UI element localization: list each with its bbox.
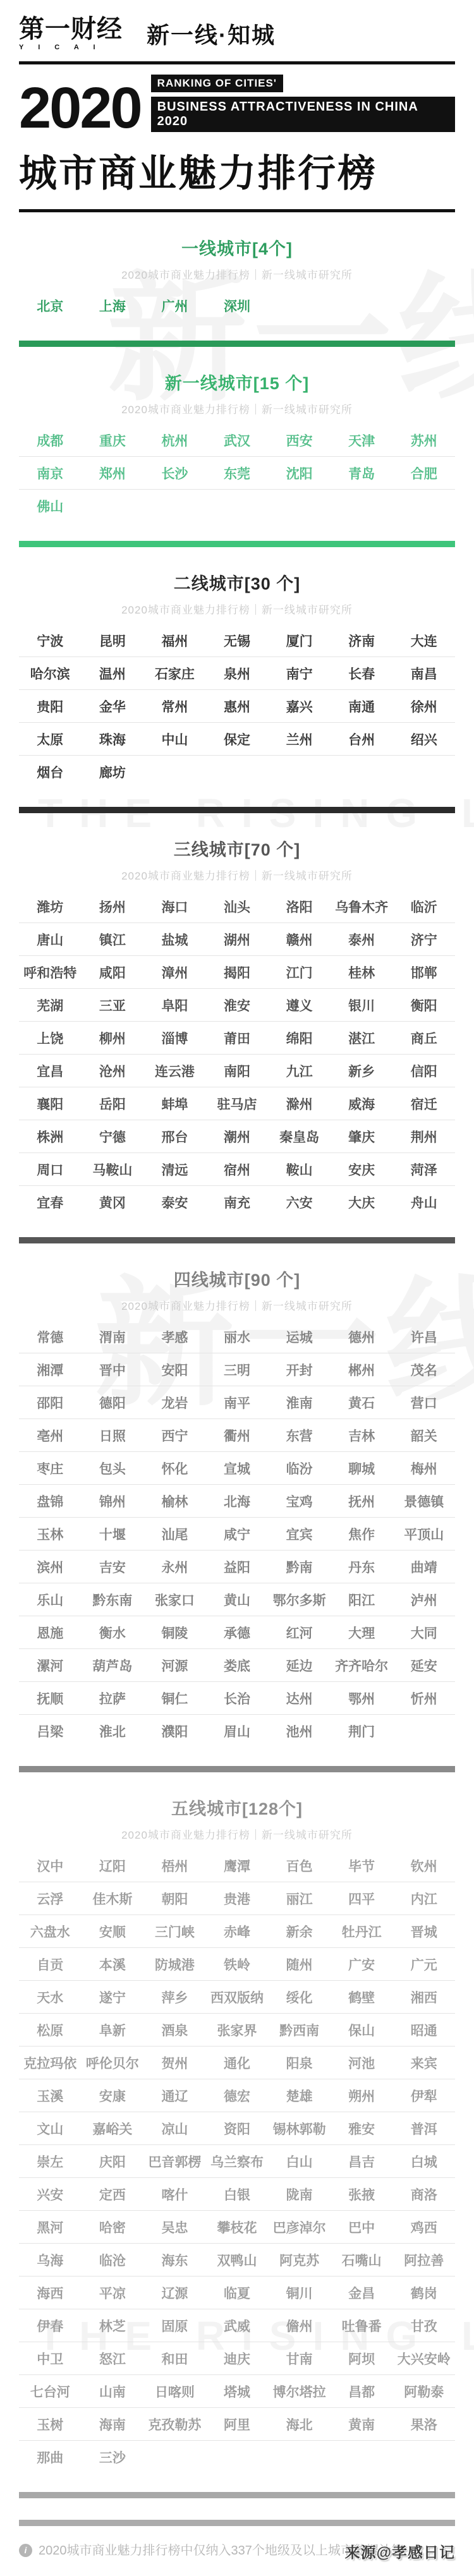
city-item: 遂宁 <box>82 1988 144 2007</box>
city-item: 肇庆 <box>331 1127 393 1146</box>
footer-divider <box>19 2520 455 2526</box>
city-item: 黔南 <box>268 1557 331 1576</box>
city-item: 珠海 <box>82 730 144 749</box>
city-item: 镇江 <box>82 930 144 949</box>
tier-subtitle: 2020城市商业魅力排行榜｜新一线城市研究所 <box>19 867 455 883</box>
city-row: 抚顺拉萨铜仁长治达州鄂州忻州 <box>19 1681 455 1714</box>
city-item: 保山 <box>331 2021 393 2040</box>
city-item: 昆明 <box>82 631 144 650</box>
city-item: 昌吉 <box>331 2152 393 2171</box>
city-item: 衢州 <box>206 1426 269 1445</box>
city-item: 云浮 <box>19 1889 82 1908</box>
city-item: 梧州 <box>143 1856 206 1875</box>
city-item: 凉山 <box>143 2119 206 2138</box>
city-item: 鸡西 <box>392 2218 455 2237</box>
tier-section-new-tier1: 新一线城市[15 个]2020城市商业魅力排行榜｜新一线城市研究所成都重庆杭州武… <box>19 370 455 547</box>
badge-ranking: RANKING OF CITIES' <box>151 75 283 92</box>
city-row: 云浮佳木斯朝阳贵港丽江四平内江 <box>19 1882 455 1914</box>
city-row: 乌海临沧海东双鸭山阿克苏石嘴山阿拉善 <box>19 2243 455 2276</box>
city-item: 恩施 <box>19 1623 82 1642</box>
city-row: 株洲宁德邢台潮州秦皇岛肇庆荆州 <box>19 1120 455 1152</box>
city-item: 贵阳 <box>19 697 82 716</box>
city-item: 沈阳 <box>268 464 331 483</box>
poster-header: 第一财经 Y I C A I 新一线·知城 2020 RANKING OF CI… <box>19 0 455 212</box>
city-item: 开封 <box>268 1360 331 1379</box>
city-row: 文山嘉峪关凉山资阳锡林郭勒雅安普洱 <box>19 2112 455 2144</box>
city-item: 宜春 <box>19 1193 82 1212</box>
city-item: 焦作 <box>331 1525 393 1544</box>
city-item: 吴忠 <box>143 2218 206 2237</box>
city-item: 甘南 <box>268 2349 331 2368</box>
city-item: 张掖 <box>331 2185 393 2204</box>
city-item: 贺州 <box>143 2053 206 2072</box>
page-title: 城市商业魅力排行榜 <box>19 143 455 198</box>
city-item: 宜昌 <box>19 1061 82 1080</box>
city-item: 呼伦贝尔 <box>82 2053 144 2072</box>
city-row: 玉树海南克孜勒苏阿里海北黄南果洛 <box>19 2407 455 2440</box>
city-item: 东莞 <box>206 464 269 483</box>
city-item: 桂林 <box>331 963 393 982</box>
city-item: 百色 <box>268 1856 331 1875</box>
city-item: 景德镇 <box>392 1492 455 1511</box>
city-item: 通化 <box>206 2053 269 2072</box>
city-item: 蚌埠 <box>143 1094 206 1113</box>
city-item: 三亚 <box>82 996 144 1015</box>
city-item: 延安 <box>392 1656 455 1675</box>
city-row: 烟台廊坊 <box>19 755 455 788</box>
city-item: 商丘 <box>392 1029 455 1048</box>
city-item: 烟台 <box>19 763 82 782</box>
city-row: 佛山 <box>19 489 455 522</box>
city-item: 阿里 <box>206 2415 269 2434</box>
city-item: 鄂州 <box>331 1689 393 1708</box>
city-item: 鞍山 <box>268 1160 331 1179</box>
city-item: 江门 <box>268 963 331 982</box>
city-item: 阜新 <box>82 2021 144 2040</box>
city-item: 喀什 <box>143 2185 206 2204</box>
city-row: 松原阜新酒泉张家界黔西南保山昭通 <box>19 2013 455 2046</box>
city-item: 白山 <box>268 2152 331 2171</box>
city-item: 定西 <box>82 2185 144 2204</box>
city-item: 长沙 <box>143 464 206 483</box>
city-item: 鹤岗 <box>392 2283 455 2302</box>
city-item: 西双版纳 <box>206 1988 269 2007</box>
poster-page: 新一线 THE RISING LAB 新一线 THE RISING LAB 第一… <box>0 0 474 2576</box>
city-grid: 汉中辽阳梧州鹰潭百色毕节钦州云浮佳木斯朝阳贵港丽江四平内江六盘水安顺三门峡赤峰新… <box>19 1849 455 2473</box>
poster-footer: i 2020城市商业魅力排行榜中仅纳入337个地级及以上城市数据计算 来源@孝感… <box>19 2520 455 2576</box>
city-item: 七台河 <box>19 2382 82 2401</box>
city-item: 西宁 <box>143 1426 206 1445</box>
city-item: 延边 <box>268 1656 331 1675</box>
city-item: 秦皇岛 <box>268 1127 331 1146</box>
city-item: 呼和浩特 <box>19 963 82 982</box>
tier-divider <box>19 541 455 547</box>
tier-heading-tier3: 三线城市[70 个] <box>19 836 455 861</box>
city-item: 六盘水 <box>19 1922 82 1941</box>
city-item: 铜川 <box>268 2283 331 2302</box>
city-item: 池州 <box>268 1722 331 1741</box>
zhicheng-logo: 新一线·知城 <box>147 18 276 50</box>
city-item: 鹰潭 <box>206 1856 269 1875</box>
city-item: 太原 <box>19 730 82 749</box>
city-item: 临汾 <box>268 1459 331 1478</box>
year-row: 2020 RANKING OF CITIES' BUSINESS ATTRACT… <box>19 75 455 135</box>
city-item: 重庆 <box>82 431 144 450</box>
city-item: 石嘴山 <box>331 2251 393 2270</box>
city-item: 唐山 <box>19 930 82 949</box>
city-item: 廊坊 <box>82 763 144 782</box>
city-item: 九江 <box>268 1061 331 1080</box>
city-item: 济宁 <box>392 930 455 949</box>
city-item: 抚顺 <box>19 1689 82 1708</box>
city-row: 常德渭南孝感丽水运城德州许昌 <box>19 1321 455 1353</box>
city-item: 运城 <box>268 1327 331 1346</box>
city-row: 吕梁淮北濮阳眉山池州荆门 <box>19 1714 455 1747</box>
city-item: 温州 <box>82 664 144 683</box>
city-item: 汕头 <box>206 897 269 916</box>
city-item: 丽江 <box>268 1889 331 1908</box>
city-item: 芜湖 <box>19 996 82 1015</box>
city-item: 南阳 <box>206 1061 269 1080</box>
city-item: 连云港 <box>143 1061 206 1080</box>
city-item: 惠州 <box>206 697 269 716</box>
city-item: 广元 <box>392 1955 455 1974</box>
city-item: 齐齐哈尔 <box>331 1656 393 1675</box>
tier-subtitle: 2020城市商业魅力排行榜｜新一线城市研究所 <box>19 266 455 282</box>
city-item: 阿克苏 <box>268 2251 331 2270</box>
city-item: 玉树 <box>19 2415 82 2434</box>
city-item: 许昌 <box>392 1327 455 1346</box>
title-divider <box>19 209 455 212</box>
city-item: 石家庄 <box>143 664 206 683</box>
city-item: 佛山 <box>19 497 82 516</box>
city-item: 衡阳 <box>392 996 455 1015</box>
city-item: 林芝 <box>82 2316 144 2335</box>
city-item: 临沧 <box>82 2251 144 2270</box>
city-item: 安顺 <box>82 1922 144 1941</box>
city-item: 湘西 <box>392 1988 455 2007</box>
city-item: 金华 <box>82 697 144 716</box>
city-item: 绥化 <box>268 1988 331 2007</box>
city-item: 张家界 <box>206 2021 269 2040</box>
city-item: 洛阳 <box>268 897 331 916</box>
city-item: 上海 <box>82 296 144 315</box>
city-item: 德宏 <box>206 2086 269 2105</box>
city-item: 马鞍山 <box>82 1160 144 1179</box>
city-item: 杭州 <box>143 431 206 450</box>
city-item: 晋中 <box>82 1360 144 1379</box>
city-item: 乌海 <box>19 2251 82 2270</box>
city-grid: 常德渭南孝感丽水运城德州许昌湘潭晋中安阳三明开封郴州茂名邵阳德阳龙岩南平淮南黄石… <box>19 1321 455 1747</box>
city-row: 玉林十堰汕尾咸宁宜宾焦作平顶山 <box>19 1517 455 1550</box>
city-item: 玉林 <box>19 1525 82 1544</box>
city-item: 菏泽 <box>392 1160 455 1179</box>
city-item: 眉山 <box>206 1722 269 1741</box>
header-divider <box>19 61 455 64</box>
city-row: 盘锦锦州榆林北海宝鸡抚州景德镇 <box>19 1484 455 1517</box>
city-item: 大兴安岭 <box>392 2349 455 2368</box>
city-grid: 成都重庆杭州武汉西安天津苏州南京郑州长沙东莞沈阳青岛合肥佛山 <box>19 424 455 522</box>
city-item: 绵阳 <box>268 1029 331 1048</box>
city-item: 攀枝花 <box>206 2218 269 2237</box>
tier-section-tier5: 五线城市[128个]2020城市商业魅力排行榜｜新一线城市研究所汉中辽阳梧州鹰潭… <box>19 1795 455 2498</box>
city-item: 盘锦 <box>19 1492 82 1511</box>
tier-heading-new-tier1: 新一线城市[15 个] <box>19 370 455 394</box>
city-item: 金昌 <box>331 2283 393 2302</box>
city-item: 吕梁 <box>19 1722 82 1741</box>
city-item: 六安 <box>268 1193 331 1212</box>
city-row: 周口马鞍山清远宿州鞍山安庆菏泽 <box>19 1152 455 1185</box>
tier-divider <box>19 807 455 813</box>
city-row: 宜春黄冈泰安南充六安大庆舟山 <box>19 1185 455 1218</box>
city-item: 海口 <box>143 897 206 916</box>
city-item: 宿州 <box>206 1160 269 1179</box>
city-item: 宿迁 <box>392 1094 455 1113</box>
city-item: 和田 <box>143 2349 206 2368</box>
city-item: 松原 <box>19 2021 82 2040</box>
city-item: 忻州 <box>392 1689 455 1708</box>
city-item: 无锡 <box>206 631 269 650</box>
city-row: 成都重庆杭州武汉西安天津苏州 <box>19 424 455 456</box>
tier-section-tier4: 四线城市[90 个]2020城市商业魅力排行榜｜新一线城市研究所常德渭南孝感丽水… <box>19 1266 455 1772</box>
city-item: 鹤壁 <box>331 1988 393 2007</box>
city-item: 防城港 <box>143 1955 206 1974</box>
city-item: 新余 <box>268 1922 331 1941</box>
city-item: 朝阳 <box>143 1889 206 1908</box>
city-item: 襄阳 <box>19 1094 82 1113</box>
info-icon: i <box>19 2544 32 2557</box>
city-row: 伊春林芝固原武威儋州吐鲁番甘孜 <box>19 2309 455 2342</box>
city-item: 茂名 <box>392 1360 455 1379</box>
city-row: 北京上海广州深圳 <box>19 289 455 322</box>
city-item: 锦州 <box>82 1492 144 1511</box>
city-item: 黑河 <box>19 2218 82 2237</box>
city-item: 濮阳 <box>143 1722 206 1741</box>
city-row: 潍坊扬州海口汕头洛阳乌鲁木齐临沂 <box>19 890 455 922</box>
city-item: 鄂尔多斯 <box>268 1590 331 1609</box>
city-item: 宝鸡 <box>268 1492 331 1511</box>
city-item: 信阳 <box>392 1061 455 1080</box>
city-item: 泰州 <box>331 930 393 949</box>
city-item: 大连 <box>392 631 455 650</box>
city-item: 通辽 <box>143 2086 206 2105</box>
city-item: 汉中 <box>19 1856 82 1875</box>
city-item: 雅安 <box>331 2119 393 2138</box>
city-item: 来宾 <box>392 2053 455 2072</box>
city-item: 漳州 <box>143 963 206 982</box>
city-item: 阿勒泰 <box>392 2382 455 2401</box>
city-row: 哈尔滨温州石家庄泉州南宁长春南昌 <box>19 656 455 689</box>
city-item: 儋州 <box>268 2316 331 2335</box>
city-item: 乌兰察布 <box>206 2152 269 2171</box>
tier-heading-tier2: 二线城市[30 个] <box>19 570 455 595</box>
city-item: 宣城 <box>206 1459 269 1478</box>
city-item: 黄南 <box>331 2415 393 2434</box>
city-item: 天水 <box>19 1988 82 2007</box>
city-item: 固原 <box>143 2316 206 2335</box>
city-item: 荆门 <box>331 1722 393 1741</box>
city-item: 南昌 <box>392 664 455 683</box>
city-item: 驻马店 <box>206 1094 269 1113</box>
city-item: 漯河 <box>19 1656 82 1675</box>
city-item: 岳阳 <box>82 1094 144 1113</box>
city-item: 潮州 <box>206 1127 269 1146</box>
city-row: 七台河山南日喀则塔城博尔塔拉昌都阿勒泰 <box>19 2374 455 2407</box>
city-item: 合肥 <box>392 464 455 483</box>
city-item: 黔东南 <box>82 1590 144 1609</box>
city-item: 巴中 <box>331 2218 393 2237</box>
city-item: 辽源 <box>143 2283 206 2302</box>
city-row: 邵阳德阳龙岩南平淮南黄石营口 <box>19 1386 455 1418</box>
city-item: 南通 <box>331 697 393 716</box>
city-item: 包头 <box>82 1459 144 1478</box>
city-item: 深圳 <box>206 296 269 315</box>
city-row: 贵阳金华常州惠州嘉兴南通徐州 <box>19 689 455 722</box>
city-item: 钦州 <box>392 1856 455 1875</box>
city-item: 南京 <box>19 464 82 483</box>
city-item: 内江 <box>392 1889 455 1908</box>
city-item: 永州 <box>143 1557 206 1576</box>
city-row: 宜昌沧州连云港南阳九江新乡信阳 <box>19 1054 455 1087</box>
city-item: 周口 <box>19 1160 82 1179</box>
city-item: 丽水 <box>206 1327 269 1346</box>
tier-divider <box>19 1237 455 1243</box>
city-item: 白城 <box>392 2152 455 2171</box>
city-item: 南充 <box>206 1193 269 1212</box>
city-item: 哈尔滨 <box>19 664 82 683</box>
city-item: 吉安 <box>82 1557 144 1576</box>
city-item: 泰安 <box>143 1193 206 1212</box>
city-item: 益阳 <box>206 1557 269 1576</box>
city-item: 邵阳 <box>19 1393 82 1412</box>
city-item: 海西 <box>19 2283 82 2302</box>
city-item: 湛江 <box>331 1029 393 1048</box>
city-item: 吉林 <box>331 1426 393 1445</box>
city-item: 徐州 <box>392 697 455 716</box>
city-item: 清远 <box>143 1160 206 1179</box>
city-row: 南京郑州长沙东莞沈阳青岛合肥 <box>19 456 455 489</box>
city-item: 大理 <box>331 1623 393 1642</box>
city-row: 天水遂宁萍乡西双版纳绥化鹤壁湘西 <box>19 1980 455 2013</box>
city-row: 湘潭晋中安阳三明开封郴州茂名 <box>19 1353 455 1386</box>
city-item: 昭通 <box>392 2021 455 2040</box>
city-item: 曲靖 <box>392 1557 455 1576</box>
city-item: 常州 <box>143 697 206 716</box>
city-item: 遵义 <box>268 996 331 1015</box>
city-item: 淮安 <box>206 996 269 1015</box>
city-row: 中卫怒江和田迪庆甘南阿坝大兴安岭 <box>19 2342 455 2374</box>
badges: RANKING OF CITIES' BUSINESS ATTRACTIVENE… <box>151 75 455 135</box>
tier-list: 一线城市[4个]2020城市商业魅力排行榜｜新一线城市研究所北京上海广州深圳新一… <box>19 235 455 2498</box>
city-item: 湘潭 <box>19 1360 82 1379</box>
city-item: 克拉玛依 <box>19 2053 82 2072</box>
city-item: 滁州 <box>268 1094 331 1113</box>
city-item: 扬州 <box>82 897 144 916</box>
city-item: 泉州 <box>206 664 269 683</box>
city-item: 阜阳 <box>143 996 206 1015</box>
city-item: 嘉峪关 <box>82 2119 144 2138</box>
city-row: 黑河哈密吴忠攀枝花巴彦淖尔巴中鸡西 <box>19 2210 455 2243</box>
city-item: 辽阳 <box>82 1856 144 1875</box>
city-item: 孝感 <box>143 1327 206 1346</box>
city-item: 四平 <box>331 1889 393 1908</box>
city-item: 崇左 <box>19 2152 82 2171</box>
city-row: 六盘水安顺三门峡赤峰新余牡丹江晋城 <box>19 1914 455 1947</box>
tier-subtitle: 2020城市商业魅力排行榜｜新一线城市研究所 <box>19 401 455 416</box>
city-item: 德阳 <box>82 1393 144 1412</box>
city-item: 双鸭山 <box>206 2251 269 2270</box>
city-item: 淄博 <box>143 1029 206 1048</box>
city-item: 玉溪 <box>19 2086 82 2105</box>
city-item: 普洱 <box>392 2119 455 2138</box>
city-item: 张家口 <box>143 1590 206 1609</box>
city-item: 黄石 <box>331 1393 393 1412</box>
brand-row: 第一财经 Y I C A I 新一线·知城 <box>19 0 455 51</box>
city-item: 赤峰 <box>206 1922 269 1941</box>
city-row: 枣庄包头怀化宣城临汾聊城梅州 <box>19 1451 455 1484</box>
city-item: 营口 <box>392 1393 455 1412</box>
city-item: 朔州 <box>331 2086 393 2105</box>
city-item: 德州 <box>331 1327 393 1346</box>
yicai-logo-subtext: Y I C A I <box>19 44 123 51</box>
city-grid: 宁波昆明福州无锡厦门济南大连哈尔滨温州石家庄泉州南宁长春南昌贵阳金华常州惠州嘉兴… <box>19 624 455 788</box>
city-item: 怒江 <box>82 2349 144 2368</box>
city-item: 资阳 <box>206 2119 269 2138</box>
city-item: 柳州 <box>82 1029 144 1048</box>
city-item: 银川 <box>331 996 393 1015</box>
tier-divider <box>19 2492 455 2498</box>
city-item: 怀化 <box>143 1459 206 1478</box>
city-item: 兴安 <box>19 2185 82 2204</box>
tier-divider <box>19 1766 455 1772</box>
city-row: 上饶柳州淄博莆田绵阳湛江商丘 <box>19 1021 455 1054</box>
city-item: 铁岭 <box>206 1955 269 1974</box>
city-item: 牡丹江 <box>331 1922 393 1941</box>
city-item: 宁德 <box>82 1127 144 1146</box>
city-item: 巴彦淖尔 <box>268 2218 331 2237</box>
city-item: 黄冈 <box>82 1193 144 1212</box>
year-label: 2020 <box>19 82 141 135</box>
city-row: 自贡本溪防城港铁岭随州广安广元 <box>19 1947 455 1980</box>
city-item: 日喀则 <box>143 2382 206 2401</box>
tier-divider <box>19 341 455 347</box>
city-item: 中山 <box>143 730 206 749</box>
city-item: 台州 <box>331 730 393 749</box>
city-item: 本溪 <box>82 1955 144 1974</box>
city-item: 天津 <box>331 431 393 450</box>
city-item: 邢台 <box>143 1127 206 1146</box>
city-row: 恩施衡水铜陵承德红河大理大同 <box>19 1616 455 1648</box>
city-item: 自贡 <box>19 1955 82 1974</box>
city-item: 长治 <box>206 1689 269 1708</box>
city-item: 衡水 <box>82 1623 144 1642</box>
city-item: 淮南 <box>268 1393 331 1412</box>
city-item: 三沙 <box>82 2448 144 2467</box>
city-item: 哈密 <box>82 2218 144 2237</box>
city-item: 临沂 <box>392 897 455 916</box>
city-item: 滨州 <box>19 1557 82 1576</box>
city-item: 佳木斯 <box>82 1889 144 1908</box>
city-item: 锡林郭勒 <box>268 2119 331 2138</box>
city-item: 聊城 <box>331 1459 393 1478</box>
city-item: 咸宁 <box>206 1525 269 1544</box>
city-item: 毕节 <box>331 1856 393 1875</box>
city-item: 庆阳 <box>82 2152 144 2171</box>
city-item: 宜宾 <box>268 1525 331 1544</box>
tier-subtitle: 2020城市商业魅力排行榜｜新一线城市研究所 <box>19 601 455 617</box>
city-item: 厦门 <box>268 631 331 650</box>
city-item: 达州 <box>268 1689 331 1708</box>
